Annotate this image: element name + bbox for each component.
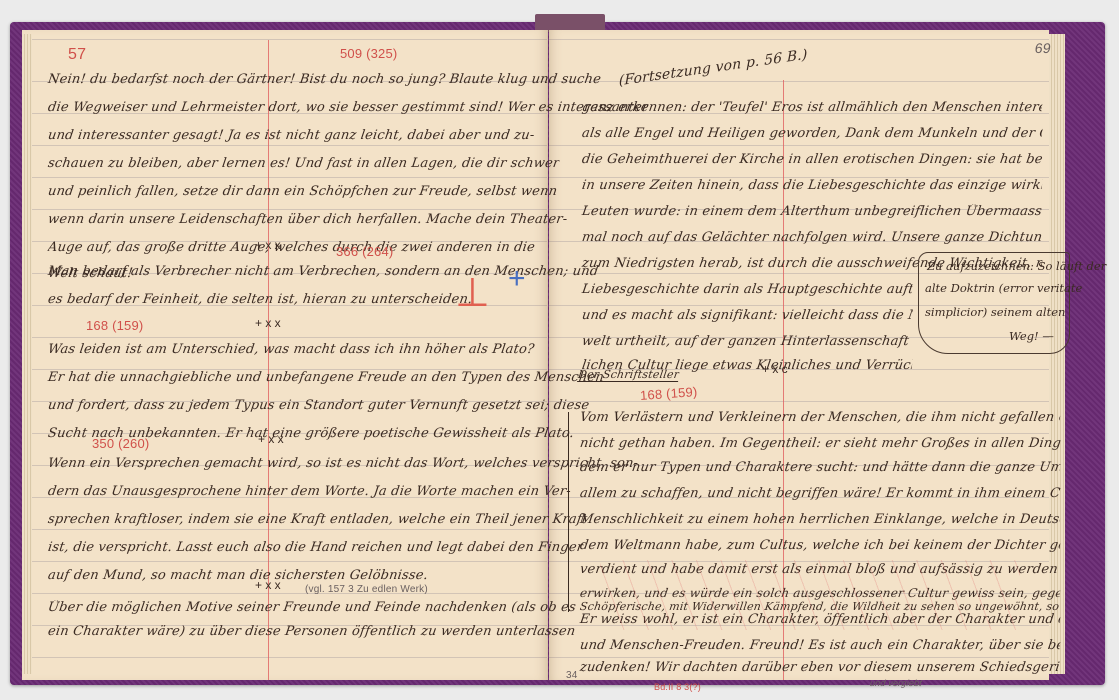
margin-note-line: alte Doktrin (error veritate	[925, 281, 1082, 295]
text-line: ein Charakter wäre) zu über diese Person…	[47, 624, 576, 639]
text-line: die Geheimthuerei der Kirche in allen er…	[581, 152, 1043, 167]
text-line: Auge auf, das große dritte Auge, welches…	[47, 240, 536, 255]
section-bracket	[568, 412, 569, 612]
insertion-note: und vergiebt	[869, 678, 922, 688]
margin-note-line: simplicior) seinem alten	[925, 305, 1065, 319]
text-line: allem zu schaffen, und nicht begriffen w…	[579, 486, 1061, 501]
margin-label: Der Schriftsteller	[577, 368, 680, 382]
annotation-number: 168 (159)	[86, 318, 143, 333]
text-line: Menschlichkeit zu einem hohen herrlichen…	[579, 512, 1061, 527]
section-separator: + x x	[258, 432, 284, 446]
text-line: sprechen kraftloser, indem sie eine Kraf…	[47, 512, 588, 527]
text-line: es bedarf der Feinheit, die selten ist, …	[47, 292, 473, 307]
text-line: Leuten wurde: in einem dem Alterthum unb…	[581, 204, 1043, 219]
text-line: und peinlich fallen, setze dir dann ein …	[47, 184, 558, 199]
section-separator: + x x	[255, 578, 281, 592]
section-separator: + x c	[762, 362, 788, 376]
text-line: nicht gethan haben. Im Gegentheil: er si…	[579, 436, 1061, 451]
annotation-number: 350 (260)	[92, 436, 149, 451]
margin-note-line: Zu aufzuzeichnen: So läuft der	[927, 259, 1106, 273]
text-line: Was leiden ist am Unterschied, was macht…	[47, 342, 535, 357]
text-line: welt urtheilt, auf der ganzen Hinterlass…	[581, 334, 913, 349]
section-separator: + x x	[255, 316, 281, 330]
corner-mark: 34	[566, 670, 578, 681]
annotation-number: 366 (264)	[336, 244, 393, 259]
text-line: als alle Engel und Heiligen geworden, Da…	[581, 126, 1043, 141]
margin-note-box: Zu aufzuzeichnen: So läuft der alte Dokt…	[918, 252, 1070, 354]
text-line: dem Weltmann habe, zum Cultus, welche ic…	[579, 538, 1061, 553]
text-line: mal noch auf das Gelächter nachfolgen wi…	[581, 230, 1043, 245]
archive-stamp: Bd.II 8 3(?)	[654, 682, 701, 692]
annotation-number: 509 (325)	[340, 46, 397, 61]
section-separator: + x x	[255, 238, 281, 252]
left-folio-number: 57	[68, 46, 86, 64]
text-line: Vom Verlästern und Verkleinern der Mensc…	[579, 410, 1061, 425]
margin-annotation: (vgl. 157 3 Zu edlen Werk)	[305, 584, 428, 595]
text-line: Er hat die unnachgiebliche und unbefange…	[47, 370, 605, 385]
text-line: und Menschen-Freuden. Freund! Es ist auc…	[579, 638, 1061, 653]
text-line: und interessanter gesagt! Ja es ist nich…	[47, 128, 536, 143]
text-line: ist, die verspricht. Lasst euch also die…	[47, 540, 584, 555]
right-folio-number: 69	[1034, 40, 1052, 56]
text-line: wenn darin unsere Leidenschaften über di…	[47, 212, 568, 227]
left-page-edge	[22, 34, 32, 674]
text-line: auf den Mund, so macht man die sicherste…	[47, 568, 429, 583]
text-line: zudenken! Wir dachten darüber eben vor d…	[579, 660, 1061, 675]
text-line: dem er nur Typen und Charaktere sucht: u…	[579, 460, 1061, 475]
text-line: in unsere Zeiten hinein, dass die Liebes…	[581, 178, 1043, 193]
margin-note-line: Weg! —	[1009, 329, 1054, 343]
text-line: und es macht als signifikant: vielleicht…	[581, 308, 913, 323]
text-line: schauen zu bleiben, aber lernen es! Und …	[47, 156, 560, 171]
text-line: Über die möglichen Motive seiner Freunde…	[47, 600, 577, 615]
text-line: dern das Unausgesprochene hinter dem Wor…	[47, 484, 572, 499]
text-line: Nein! du bedarfst noch der Gärtner! Bist…	[47, 72, 602, 87]
text-line: die Wegweiser und Lehrmeister dort, wo s…	[47, 100, 649, 115]
text-line: ganz erkennen: der 'Teufel' Eros ist all…	[581, 100, 1043, 115]
text-line: und fordert, dass zu jedem Typus ein Sta…	[47, 398, 590, 413]
text-line: Wenn ein Versprechen gemacht wird, so is…	[47, 456, 639, 471]
right-page-edge	[1049, 34, 1065, 674]
red-pencil-scribbles	[600, 560, 1020, 630]
text-line: Liebesgeschichte darin als Hauptgeschich…	[581, 282, 913, 297]
blue-pencil-mark: +	[508, 262, 526, 296]
red-pencil-mark: ⊥	[455, 270, 490, 316]
